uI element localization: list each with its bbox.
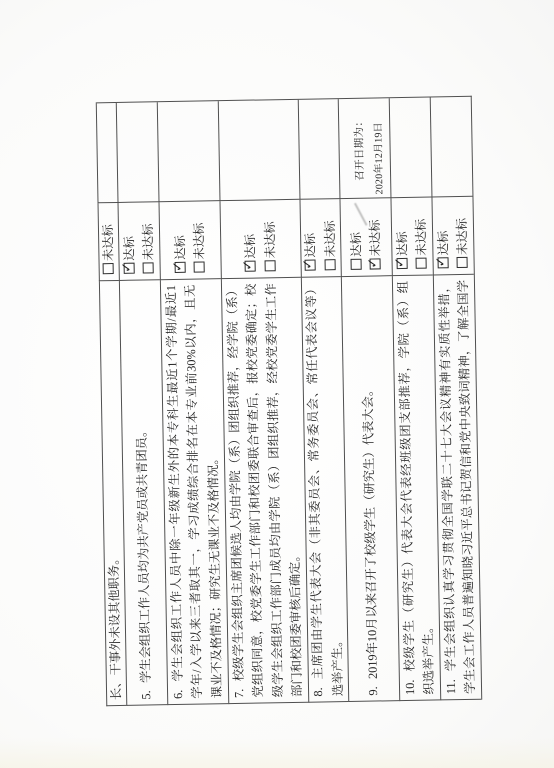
status-option-met: 达标 <box>170 201 191 272</box>
item-number: 5. <box>139 690 153 699</box>
requirement-cell: 10.校级学生（研究生）代表大会代表经班级团支部推荐，学院（系）组 织选举产生。 <box>391 275 439 701</box>
checkbox-icon <box>264 260 275 271</box>
requirement-line: 5.学生会组织工作人员均为共产党员或共青团员。 <box>130 285 157 699</box>
note-cell <box>388 97 431 198</box>
status-label: 达标 <box>435 230 449 255</box>
status-label: 未达标 <box>367 219 382 256</box>
checkbox-icon <box>123 262 134 273</box>
item-number: 7. <box>231 688 245 697</box>
status-label: 未达标 <box>454 217 469 254</box>
status-option-met: 达标 <box>300 199 321 270</box>
checkbox-icon <box>437 257 448 268</box>
item-number: 8. <box>311 687 325 696</box>
status-option-not-met: 未达标 <box>452 196 473 267</box>
checkbox-icon <box>415 257 426 268</box>
note-cell <box>217 99 299 200</box>
checkbox-icon <box>456 256 467 267</box>
requirement-cell: 7.校级学生会组织主席团候选人均由学院（系）团组织推荐，经学院（系） 党组织同意… <box>220 277 307 703</box>
status-cell: 达标 未达标 <box>158 201 220 280</box>
checkbox-icon <box>142 262 153 273</box>
status-cell: 达标 未达标 <box>390 197 432 276</box>
status-option-not-met: 未达标 <box>365 198 386 269</box>
note-cell <box>95 102 117 202</box>
status-option-met: 达标 <box>391 197 412 268</box>
status-option-met: 达标 <box>432 197 453 268</box>
requirement-cell: 9.2019年10月以来召开了校级学生（研究生）代表大会。 <box>340 276 398 702</box>
status-cell: 未达标 <box>97 202 118 280</box>
item-number: 9. <box>366 686 380 695</box>
status-option-not-met: 未达标 <box>319 199 340 270</box>
status-option-not-met: 未达标 <box>189 201 210 272</box>
status-option-met: 达标 <box>119 202 140 273</box>
requirement-cell: 5.学生会组织工作人员均为共产党员或共青团员。 <box>118 280 166 706</box>
note-cell: 召开日期为： 2020年12月19日 <box>337 98 390 199</box>
note-cell <box>115 102 158 203</box>
status-label: 达标 <box>172 235 186 260</box>
note-cell <box>297 99 339 200</box>
status-label: 达标 <box>394 231 408 256</box>
status-option-not-met: 未达标 <box>98 202 119 273</box>
checkbox-icon <box>396 257 407 268</box>
status-option-not-met: 未达标 <box>138 202 159 273</box>
status-cell: 达标 未达标 <box>219 199 300 278</box>
status-cell: 达标 未达标 <box>431 196 473 275</box>
status-label: 未达标 <box>100 224 115 261</box>
checkbox-icon <box>369 258 380 269</box>
status-option-met: 达标 <box>240 200 261 271</box>
meeting-date-value: 2020年12月19日 <box>368 101 389 194</box>
checkbox-icon <box>324 259 335 270</box>
status-cell: 达标 未达标 <box>339 198 391 277</box>
requirement-line: 9.2019年10月以来召开了校级学生（研究生）代表大会。 <box>357 281 384 695</box>
checkbox-icon <box>244 260 255 271</box>
status-label: 未达标 <box>322 220 337 257</box>
requirement-cell: 8.主席团由学生代表大会（非其委员会、常务委员会、常任代表会议等） 选举产生。 <box>300 277 347 703</box>
item-number: 10. <box>402 679 416 695</box>
status-option-not-met: 未达标 <box>411 197 432 268</box>
status-label: 未达标 <box>413 218 428 255</box>
checkbox-icon <box>350 258 361 269</box>
note-cell <box>429 96 472 197</box>
checkbox-icon <box>102 263 113 274</box>
status-label: 达标 <box>303 232 317 257</box>
requirement-cell: 11.学生会组织认真学习贯彻全国学联二十七大会议精神有实质性举措， 学生会工作人… <box>432 274 480 700</box>
status-option-not-met: 未达标 <box>259 200 280 271</box>
status-label: 达标 <box>348 232 362 257</box>
item-number: 11. <box>443 679 457 694</box>
checkbox-icon <box>174 261 185 272</box>
status-cell: 达标 未达标 <box>299 199 340 278</box>
status-cell: 达标 未达标 <box>117 202 159 281</box>
status-label: 未达标 <box>140 223 155 260</box>
item-number: 6. <box>170 689 184 698</box>
meeting-date-label: 召开日期为： <box>349 101 370 194</box>
note-cell <box>156 101 219 202</box>
status-label: 未达标 <box>191 222 206 259</box>
status-label: 未达标 <box>262 221 277 258</box>
status-label: 达标 <box>243 233 257 258</box>
requirement-cell: 6.学生会组织工作人员中除一年级新生外的本专科生最近1个学期/最近1 学年/入学… <box>159 279 227 705</box>
status-label: 达标 <box>121 236 135 261</box>
requirements-table: 长、干事外未设其他职务。 未达标 5.学生会组织工作人员均为共产党员或共青团员。… <box>95 95 481 705</box>
checkbox-icon <box>193 261 204 272</box>
checkbox-icon <box>304 259 315 270</box>
